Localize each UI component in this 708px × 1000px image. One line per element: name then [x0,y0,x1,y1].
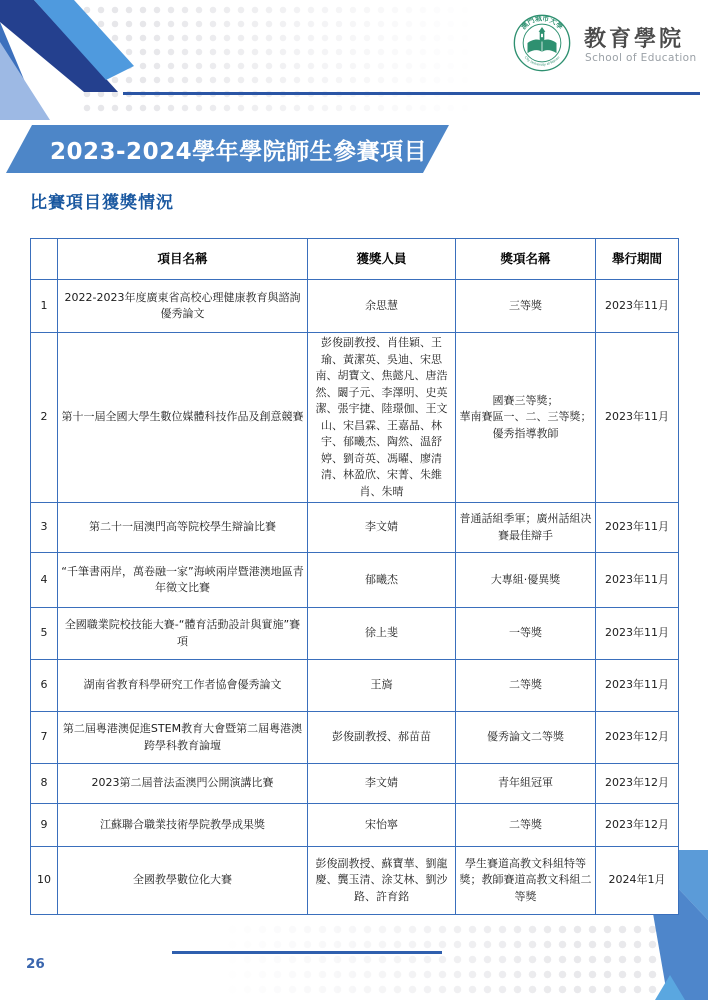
project-name-cell: 第十一屆全國大學生數位媒體科技作品及創意競賽 [58,333,308,503]
period-cell: 2023年12月 [596,764,679,804]
period-cell: 2023年11月 [596,503,679,553]
award-cell: 學生賽道高教文科組特等獎；教師賽道高教文科組二等獎 [456,847,596,915]
table-row: 2 第十一屆全國大學生數位媒體科技作品及創意競賽 彭俊副教授、肖佳穎、王瑜、黃潔… [31,333,679,503]
table-row: 6 湖南省教育科學研究工作者協會優秀論文 王旖 二等獎 2023年11月 [31,660,679,712]
winners-cell: 王旖 [308,660,456,712]
project-name-cell: 全國職業院校技能大賽-“體育活動設計與實施”賽項 [58,608,308,660]
table-header-row: 項目名稱 獲獎人員 獎項名稱 舉行期間 [31,239,679,280]
award-cell: 二等獎 [456,804,596,847]
row-number: 2 [31,333,58,503]
header-award-name: 獎項名稱 [456,239,596,280]
period-cell: 2023年11月 [596,333,679,503]
project-name-cell: 2022-2023年度廣東省高校心理健康教育與諮詢優秀論文 [58,280,308,333]
row-number: 10 [31,847,58,915]
school-name: 教育學院 [584,22,684,53]
row-number: 8 [31,764,58,804]
header-project-name: 項目名稱 [58,239,308,280]
university-seal-logo: 澳門城市大學 City University of Macau [513,14,571,72]
winners-cell: 余思慧 [308,280,456,333]
row-number: 1 [31,280,58,333]
header-winners: 獲獎人員 [308,239,456,280]
period-cell: 2023年11月 [596,608,679,660]
award-cell: 一等獎 [456,608,596,660]
winners-cell: 李文婧 [308,764,456,804]
winners-cell: 徐上斐 [308,608,456,660]
table-row: 8 2023第二屆普法盃澳門公開演講比賽 李文婧 青年組冠軍 2023年12月 [31,764,679,804]
award-cell: 大專組·優異獎 [456,553,596,608]
row-number: 9 [31,804,58,847]
table-row: 9 江蘇聯合職業技術學院教學成果獎 宋怡寧 二等獎 2023年12月 [31,804,679,847]
section-subtitle: 比賽項目獲獎情況 [30,188,174,213]
project-name-cell: “千筆書兩岸，萬卷融一家”海峽兩岸暨港澳地區青年徵文比賽 [58,553,308,608]
award-cell: 三等獎 [456,280,596,333]
row-number: 3 [31,503,58,553]
table-row: 5 全國職業院校技能大賽-“體育活動設計與實施”賽項 徐上斐 一等獎 2023年… [31,608,679,660]
award-cell: 國賽三等獎； 華南賽區一、二、三等獎；優秀指導教師 [456,333,596,503]
project-name-cell: 湖南省教育科學研究工作者協會優秀論文 [58,660,308,712]
period-cell: 2023年11月 [596,660,679,712]
winners-cell: 彭俊副教授、郝苗苗 [308,712,456,764]
period-cell: 2023年11月 [596,553,679,608]
header-empty [31,239,58,280]
table-row: 3 第二十一屆澳門高等院校學生辯論比賽 李文婧 普通話組季軍；廣州話組决賽最佳辯… [31,503,679,553]
period-cell: 2023年11月 [596,280,679,333]
winners-cell: 彭俊副教授、肖佳穎、王瑜、黃潔英、吳迪、宋思南、胡寶文、焦懿凡、唐浩然、闞子元、… [308,333,456,503]
row-number: 6 [31,660,58,712]
project-name-cell: 第二屆粵港澳促進STEM教育大會暨第二屆粵港澳跨學科教育論壇 [58,712,308,764]
school-name-english: School of Education [585,52,697,64]
awards-table: 項目名稱 獲獎人員 獎項名稱 舉行期間 1 2022-2023年度廣東省高校心理… [30,238,679,915]
award-cell: 二等獎 [456,660,596,712]
table-row: 7 第二屆粵港澳促進STEM教育大會暨第二屆粵港澳跨學科教育論壇 彭俊副教授、郝… [31,712,679,764]
period-cell: 2023年12月 [596,804,679,847]
header-divider-line [123,92,700,95]
table-row: 10 全國教學數位化大賽 彭俊副教授、蘇寶華、劉龍慶、龔玉清、涂艾林、劉沙路、許… [31,847,679,915]
award-cell: 普通話組季軍；廣州話組决賽最佳辯手 [456,503,596,553]
period-cell: 2023年12月 [596,712,679,764]
project-name-cell: 全國教學數位化大賽 [58,847,308,915]
corner-decoration-top-left [0,0,180,132]
table-row: 4 “千筆書兩岸，萬卷融一家”海峽兩岸暨港澳地區青年徵文比賽 郁曦杰 大專組·優… [31,553,679,608]
award-cell: 優秀論文二等獎 [456,712,596,764]
page-number: 26 [26,956,45,972]
document-page: 澳門城市大學 City University of Macau 教育學院 Sch… [0,0,708,1000]
project-name-cell: 第二十一屆澳門高等院校學生辯論比賽 [58,503,308,553]
award-cell: 青年組冠軍 [456,764,596,804]
project-name-cell: 江蘇聯合職業技術學院教學成果獎 [58,804,308,847]
title-banner: 2023-2024學年學院師生參賽項目 [6,125,449,173]
winners-cell: 李文婧 [308,503,456,553]
row-number: 4 [31,553,58,608]
footer-divider-line [172,951,442,954]
winners-cell: 郁曦杰 [308,553,456,608]
table-row: 1 2022-2023年度廣東省高校心理健康教育與諮詢優秀論文 余思慧 三等獎 … [31,280,679,333]
project-name-cell: 2023第二屆普法盃澳門公開演講比賽 [58,764,308,804]
row-number: 5 [31,608,58,660]
row-number: 7 [31,712,58,764]
winners-cell: 宋怡寧 [308,804,456,847]
header-period: 舉行期間 [596,239,679,280]
page-title: 2023-2024學年學院師生參賽項目 [6,133,427,166]
winners-cell: 彭俊副教授、蘇寶華、劉龍慶、龔玉清、涂艾林、劉沙路、許育銘 [308,847,456,915]
period-cell: 2024年1月 [596,847,679,915]
